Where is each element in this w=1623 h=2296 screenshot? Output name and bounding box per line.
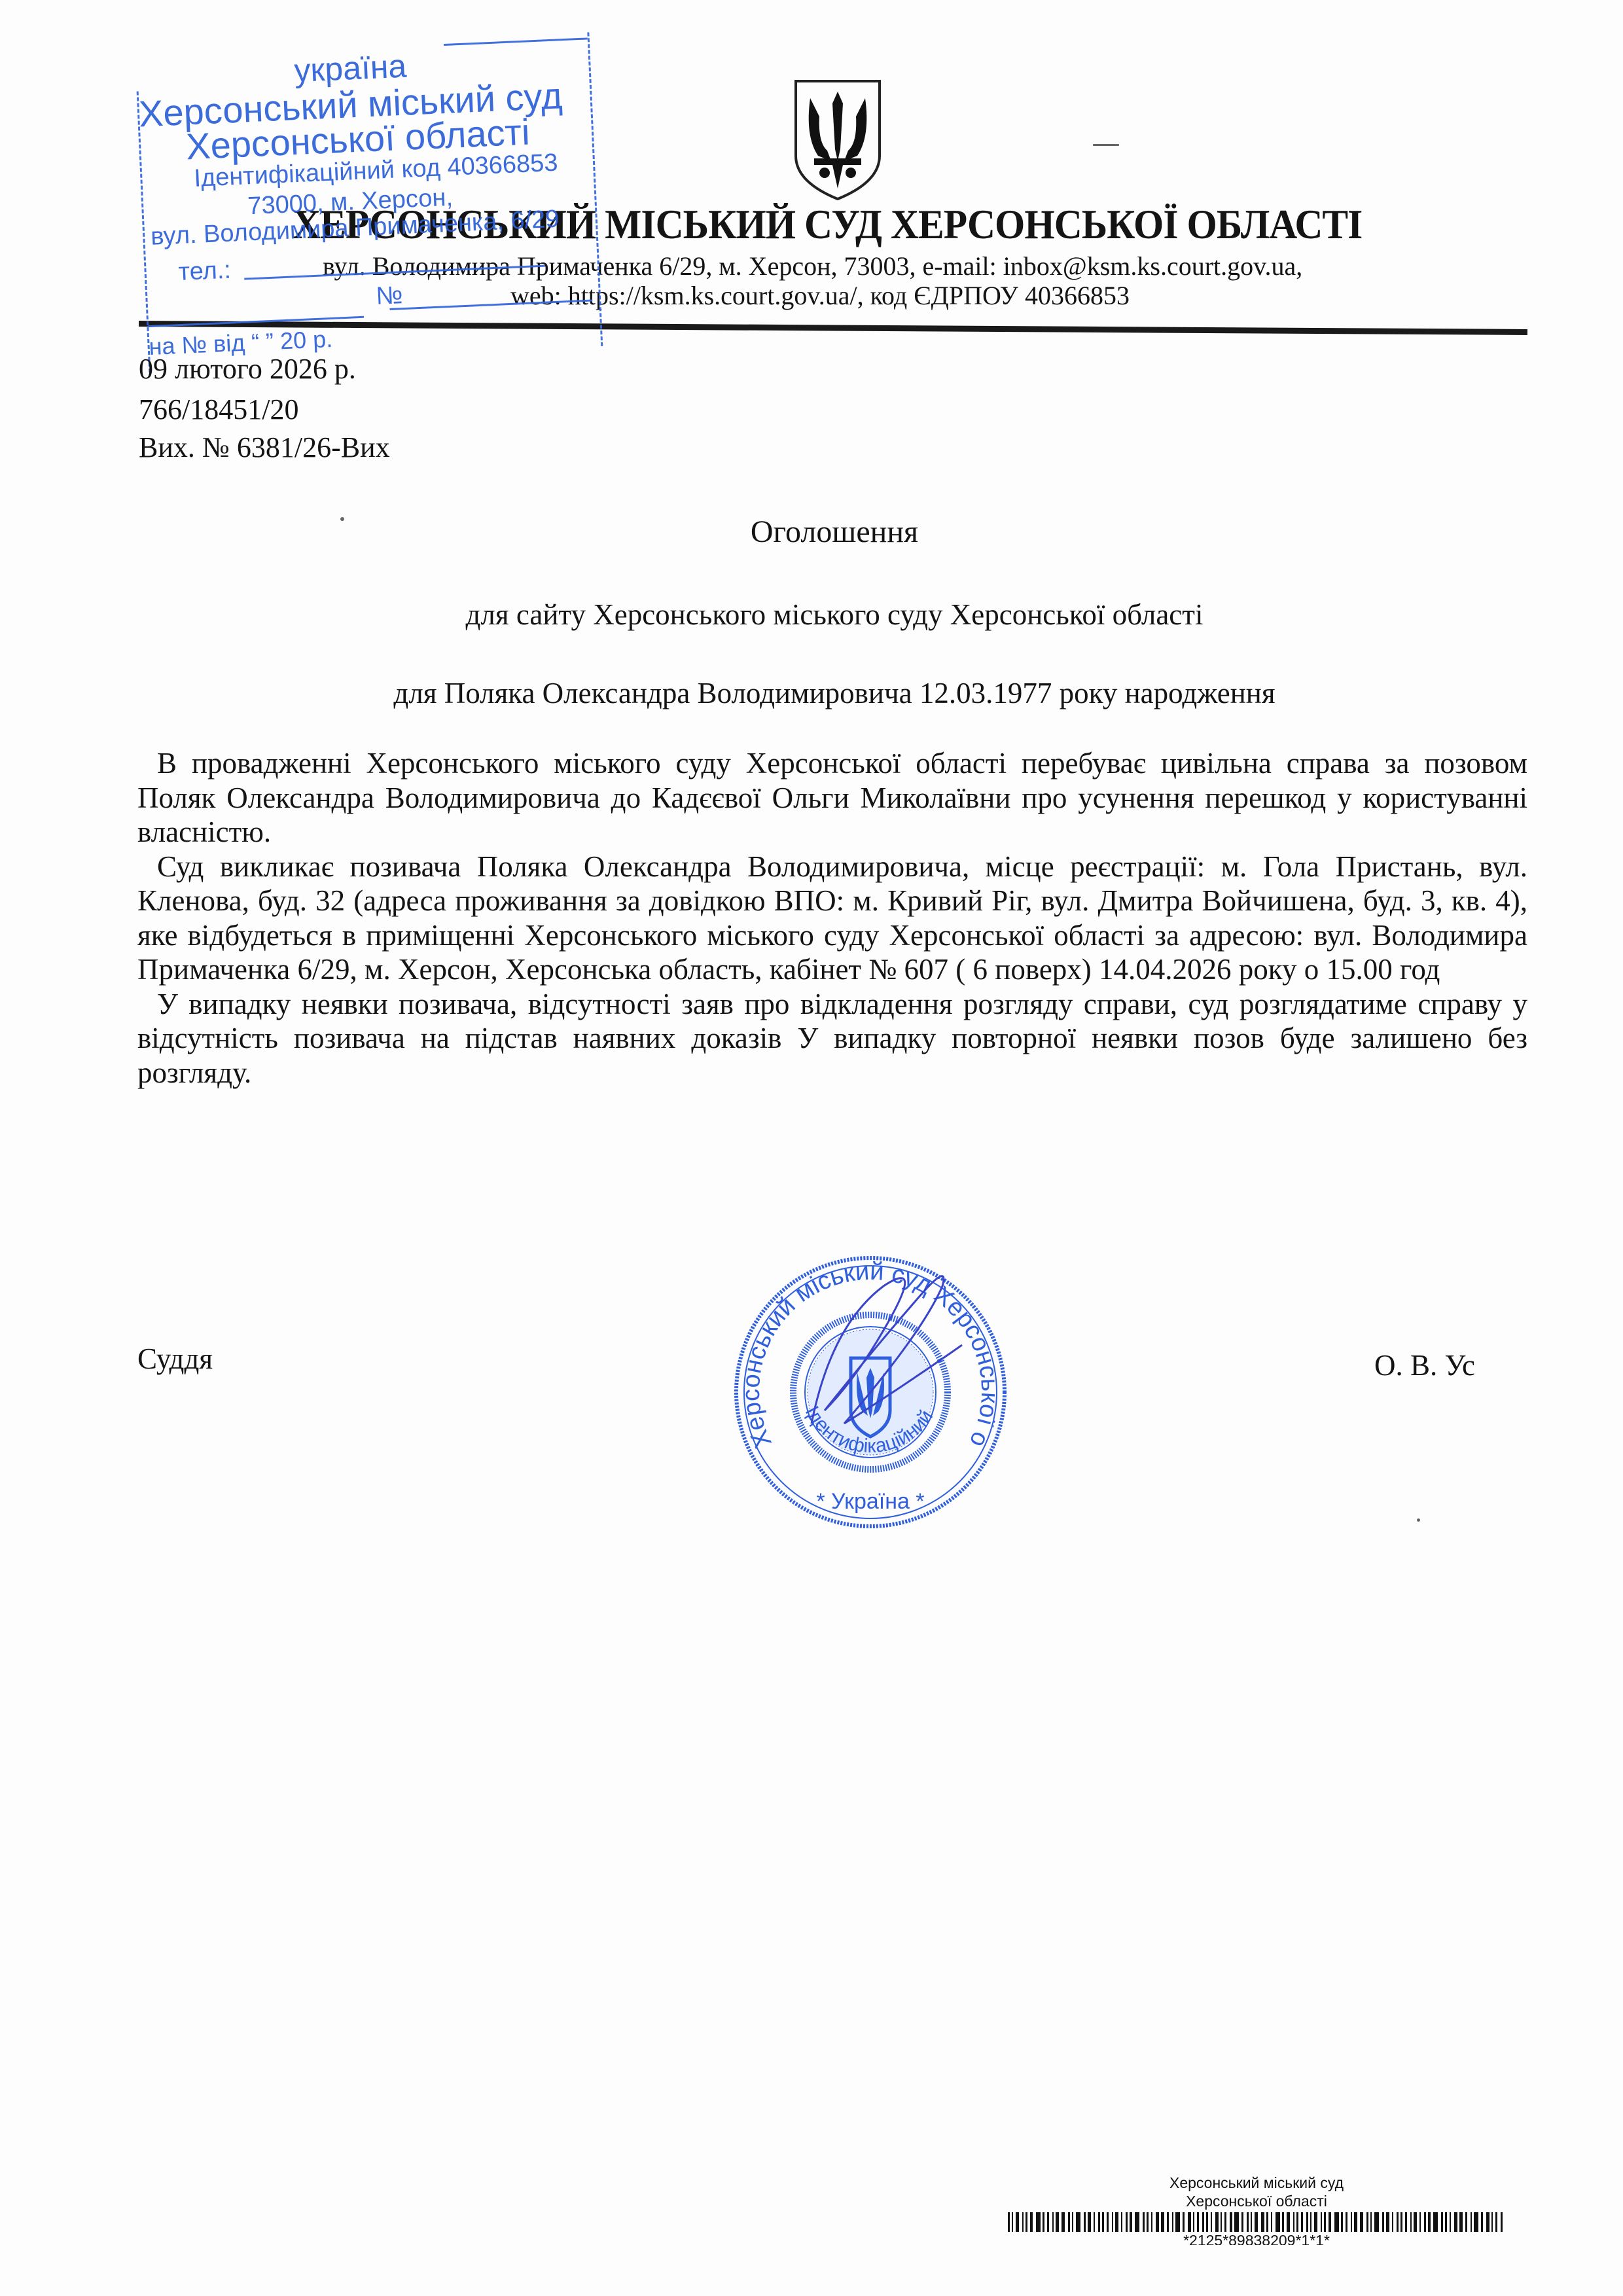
announcement-body: В провадженні Херсонського міського суду… xyxy=(137,746,1527,1090)
stamp-number-label: № xyxy=(376,281,404,311)
announcement-addressee: для Поляка Олександра Володимировича 12.… xyxy=(0,676,1623,710)
scan-speck xyxy=(1417,1518,1420,1522)
outgoing-number: Вих. № 6381/26-Вих xyxy=(139,431,390,464)
scan-speck xyxy=(1093,144,1119,146)
ukraine-trident-icon xyxy=(792,77,883,202)
scan-speck xyxy=(340,517,344,521)
announcement-title: Оголошення xyxy=(0,514,1623,550)
judge-role-label: Суддя xyxy=(137,1342,213,1376)
stamp-phone-underline xyxy=(244,265,545,280)
barcode-org-line: Херсонський міський суд xyxy=(1008,2174,1505,2192)
document-date: 09 лютого 2026 р. xyxy=(139,352,356,386)
body-paragraph: Суд викликає позивача Поляка Олександра … xyxy=(137,850,1527,987)
body-paragraph: У випадку неявки позивача, відсутності з… xyxy=(137,987,1527,1090)
court-seal: Херсонський міський суд Херсонської обла… xyxy=(726,1247,1014,1535)
stamp-underline xyxy=(389,300,592,311)
barcode-number: *2125*89838209*1*1* xyxy=(1008,2232,1505,2245)
seal-country-text: * Україна * xyxy=(816,1489,924,1514)
stamp-phone-label: тел.: xyxy=(178,257,232,287)
body-paragraph: В провадженні Херсонського міського суду… xyxy=(137,746,1527,850)
barcode-org-line: Херсонської області xyxy=(1008,2193,1505,2210)
case-number: 766/18451/20 xyxy=(139,393,298,426)
announcement-subtitle: для сайту Херсонського міського суду Хер… xyxy=(0,598,1623,632)
stamp-frame-top xyxy=(444,37,588,46)
judge-name: О. В. Ус xyxy=(1374,1348,1475,1382)
document-barcode xyxy=(1008,2212,1505,2232)
registration-stamp: україна Херсонський міський суд Херсонсь… xyxy=(130,32,614,360)
